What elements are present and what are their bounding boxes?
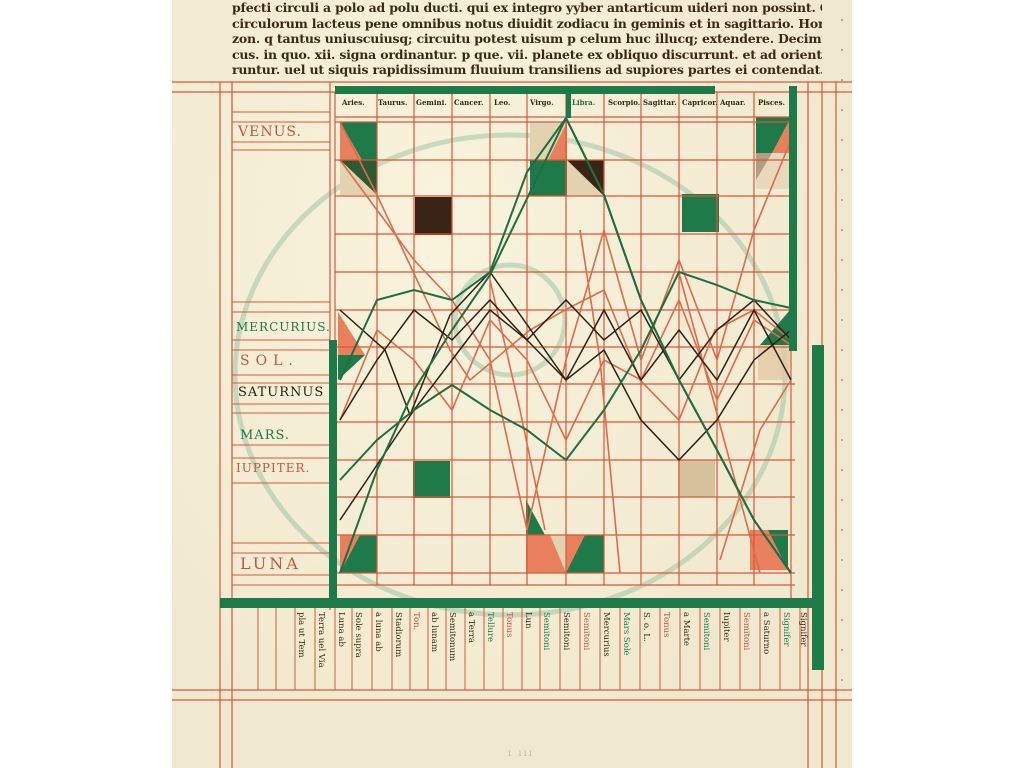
zodiac-header-pisces: Pisces. bbox=[758, 98, 785, 107]
pricking-marks bbox=[841, 19, 843, 681]
bottom-column-text: Ton. bbox=[411, 612, 421, 692]
bottom-column-text: a Marte bbox=[681, 612, 691, 692]
zodiac-header-taurus: Taurus. bbox=[378, 98, 407, 107]
bottom-column-text: Semitoni bbox=[741, 612, 751, 692]
zodiac-header-gemini: Gemini. bbox=[416, 98, 447, 107]
bottom-column-text: Semitoni bbox=[701, 612, 711, 692]
bottom-column-text: a luna ab bbox=[373, 612, 383, 692]
zodiac-header-aquarius: Aquar. bbox=[720, 98, 745, 107]
bottom-column-text: Sole supra bbox=[353, 612, 363, 692]
planet-label-venus: VENUS. bbox=[238, 124, 302, 140]
green-frame bbox=[220, 86, 824, 670]
zodiac-header-virgo: Virgo. bbox=[530, 98, 554, 107]
bottom-column-text: Tonus bbox=[504, 612, 514, 692]
planet-label-saturnus: SATURNUS bbox=[238, 385, 324, 400]
zodiac-header-aries: Aries. bbox=[342, 98, 365, 107]
zodiac-header-libra: Libra. bbox=[572, 98, 595, 107]
bottom-column-text: S. o. L. bbox=[641, 612, 651, 692]
bottom-column-text: Semitoni bbox=[581, 612, 591, 692]
bottom-column-text: Luna ab bbox=[336, 612, 346, 692]
zodiac-header-capricorn: Capricor. bbox=[682, 98, 718, 107]
bottom-column-text: Semitonum bbox=[447, 612, 457, 692]
zodiac-header-leo: Leo. bbox=[494, 98, 510, 107]
bottom-column-text: ab lunam bbox=[429, 612, 439, 692]
folio-mark: ı ııı bbox=[508, 748, 534, 759]
planet-label-luna: LUNA bbox=[240, 554, 301, 573]
bottom-column-text: Stadiorum bbox=[393, 612, 403, 692]
planet-label-sol: SOL. bbox=[240, 353, 299, 369]
bottom-column-text: Tellure bbox=[485, 612, 495, 692]
bottom-column-text: Semitoni bbox=[561, 612, 571, 692]
planet-label-mercurius: MERCURIUS. bbox=[236, 320, 331, 334]
planet-label-iuppiter: IUPPITER. bbox=[236, 461, 310, 475]
zodiac-header-cancer: Cancer. bbox=[454, 98, 483, 107]
bottom-column-text: Semitoni bbox=[541, 612, 551, 692]
bottom-column-text: Lun bbox=[523, 612, 533, 692]
bottom-column-text: Mercurius bbox=[601, 612, 611, 692]
bottom-column-text: Tonus bbox=[661, 612, 671, 692]
bottom-column-text: Mars Sole bbox=[621, 612, 631, 692]
bottom-column-text: Iupiter bbox=[721, 612, 731, 692]
zodiac-header-sagittarius: Sagittar. bbox=[643, 98, 677, 107]
planet-label-mars: MARS. bbox=[240, 428, 290, 443]
bottom-column-text: Signifer bbox=[798, 612, 808, 692]
label-rulings bbox=[232, 112, 330, 585]
bottom-column-text: Signifer bbox=[781, 612, 791, 692]
zodiac-header-scorpio: Scorpio. bbox=[608, 98, 640, 107]
bottom-column-text: a Terra bbox=[466, 612, 476, 692]
bottom-column-text: Terra uel Via bbox=[316, 612, 326, 692]
bottom-column-text: a Saturno bbox=[761, 612, 771, 692]
station-cells bbox=[338, 117, 791, 573]
bottom-column-text: pla ut Tem bbox=[296, 612, 306, 692]
